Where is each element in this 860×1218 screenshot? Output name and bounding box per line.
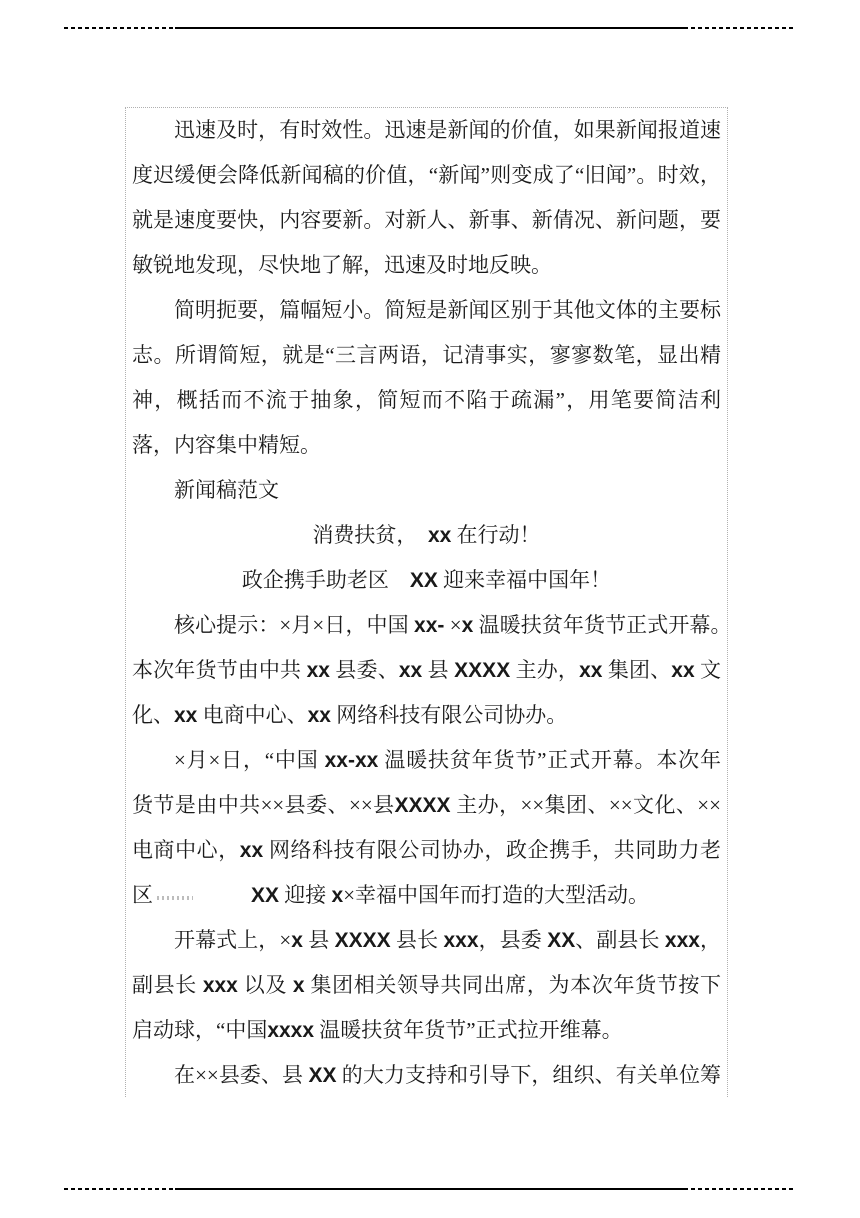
latin-placeholder-text: xx (308, 704, 331, 727)
latin-placeholder-text: xxx (444, 929, 479, 952)
footer-rule (64, 1188, 795, 1190)
paragraph-4: 消费扶贫， xx 在行动！ (132, 513, 721, 558)
paragraph-2: 简明扼要，篇幅短小。简短是新闻区别于其他文体的主要标志。所谓简短，就是“三言两语… (132, 288, 721, 468)
latin-placeholder-text: x (293, 974, 305, 997)
footer-rule-dash-left (64, 1188, 175, 1190)
latin-placeholder-text: xx (671, 659, 694, 682)
document-body: 迅速及时，有时效性。迅速是新闻的价值，如果新闻报道速度迟缓便会降低新闻稿的价值，… (132, 108, 721, 1097)
latin-placeholder-text: xxxx (267, 1019, 314, 1042)
paragraph-3: 新闻稿范文 (132, 468, 721, 513)
latin-placeholder-text: XX (410, 569, 438, 592)
latin-placeholder-text: xx (307, 659, 330, 682)
latin-placeholder-text: xx (240, 839, 263, 862)
paragraph-8: 开幕式上，×x 县 XXXX 县长 xxx，县委 XX、副县长 xxx，副县长 … (132, 918, 721, 1053)
paragraph-6: 核心提示：×月×日，中国 xx- ×x 温暖扶贫年货节正式开幕。 本次年货节由中… (132, 603, 721, 738)
footer-rule-dash-right (684, 1188, 795, 1190)
latin-placeholder-text: x (291, 929, 303, 952)
latin-placeholder-text: XX (251, 884, 279, 907)
paragraph-1: 迅速及时，有时效性。迅速是新闻的价值，如果新闻报道速度迟缓便会降低新闻稿的价值，… (132, 108, 721, 288)
footer-rule-solid (175, 1188, 684, 1190)
latin-placeholder-text: xx (399, 659, 422, 682)
paragraph-7: ×月×日，“中国 xx-xx 温暖扶贫年货节”正式开幕。本次年货节是由中共××县… (132, 738, 721, 918)
header-rule-dash-left (64, 27, 175, 29)
latin-placeholder-text: xx (174, 704, 197, 727)
latin-placeholder-text: xx (428, 524, 451, 547)
paragraph-9: 在××县委、县 XX 的大力支持和引导下，组织、有关单位筹办了这场线上线下首次相… (132, 1053, 721, 1097)
latin-placeholder-text: XX (547, 929, 575, 952)
latin-placeholder-text: xx- (414, 614, 444, 637)
latin-placeholder-text: XXXX (335, 929, 391, 952)
header-rule-solid (175, 27, 684, 29)
latin-placeholder-text: x (332, 884, 344, 907)
header-rule-dash-right (684, 27, 795, 29)
latin-placeholder-text: xx (579, 659, 602, 682)
latin-placeholder-text: xxx (665, 929, 700, 952)
latin-placeholder-text: xx-xx (325, 749, 379, 772)
latin-placeholder-text: XX (308, 1064, 336, 1087)
latin-placeholder-text: XXXX (395, 794, 451, 817)
latin-placeholder-text: xxx (203, 974, 238, 997)
dotted-leader (157, 896, 193, 900)
header-rule (64, 27, 795, 29)
latin-placeholder-text: XXXX (454, 659, 510, 682)
latin-placeholder-text: x (462, 614, 474, 637)
text-frame: 迅速及时，有时效性。迅速是新闻的价值，如果新闻报道速度迟缓便会降低新闻稿的价值，… (125, 107, 728, 1097)
paragraph-5: 政企携手助老区 XX 迎来幸福中国年！ (132, 558, 721, 603)
page: 迅速及时，有时效性。迅速是新闻的价值，如果新闻报道速度迟缓便会降低新闻稿的价值，… (0, 0, 860, 1218)
